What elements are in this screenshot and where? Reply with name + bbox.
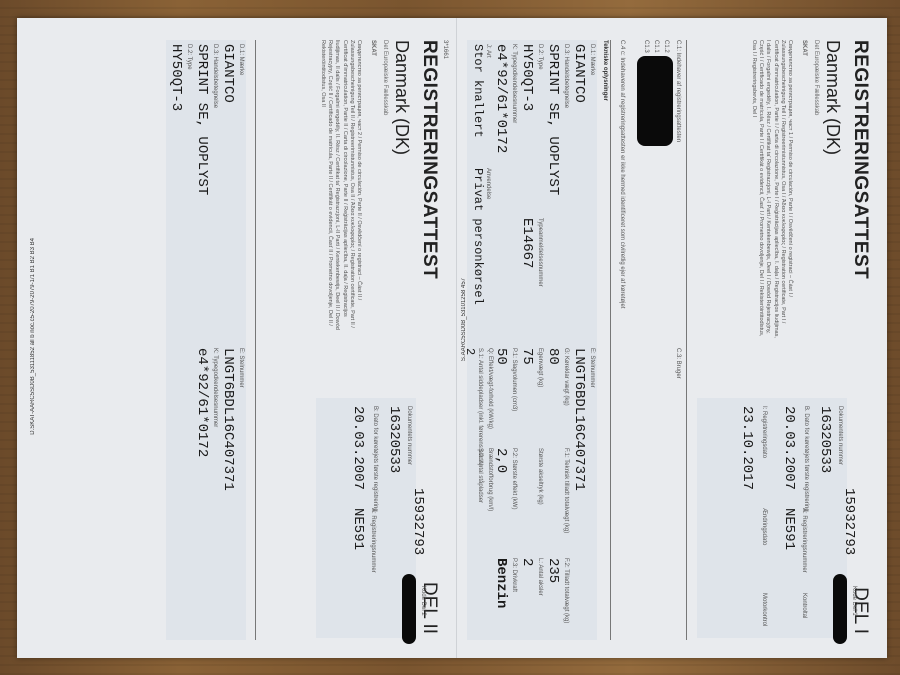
part1-doc-number-label: Dokumentets nummer bbox=[837, 406, 843, 465]
displacement-value: 50 bbox=[493, 348, 509, 365]
part2-doc-number-a: 16320533 bbox=[386, 406, 402, 473]
redacted-code bbox=[402, 574, 416, 644]
part2-authority: SKAT bbox=[370, 40, 376, 56]
part1-authority: SKAT bbox=[801, 40, 807, 56]
part1-doc-number-b: 15932793 bbox=[841, 488, 857, 555]
part2-reg-number-label: A: Registreringsnummer bbox=[370, 508, 376, 573]
part2-make-value: GIANTCO bbox=[220, 44, 236, 103]
kerb-weight-label: G: Køreklar vægt (kg) bbox=[563, 348, 569, 406]
part2-doc-number-b: 15932793 bbox=[410, 488, 426, 555]
type-approval-value: E14667 bbox=[519, 218, 535, 268]
holder-line-1: C1.2 bbox=[663, 40, 669, 53]
type-approval-label: Typeanmeldelsesnummer bbox=[537, 218, 543, 287]
part1-country: Danmark (DK) bbox=[822, 40, 843, 155]
holder-line-3: C1.3 bbox=[643, 40, 649, 53]
kind-value: Stor knallert bbox=[471, 44, 485, 138]
type-value: HY50QT-3 bbox=[519, 44, 535, 111]
part1-reg-date-label: I: Registreringsdato bbox=[761, 406, 767, 458]
fuel-label: P.3: Drivkraft bbox=[511, 558, 517, 592]
own-weight-value: 75 bbox=[519, 348, 535, 365]
part1-legal-text: Свидетелство за регистрация, част 1 / Pe… bbox=[750, 40, 793, 340]
part2-vin-label: E: Stelnummer bbox=[238, 348, 244, 388]
part1-first-reg-label: B. Dato for køretøjets første registreri… bbox=[803, 406, 809, 512]
part1-reg-number-label: A: Registreringsnummer bbox=[801, 508, 807, 573]
axles-value: 2 bbox=[519, 558, 535, 566]
part2-type-num-label: K: Typegodkendelsesnummer bbox=[212, 348, 218, 427]
part2-make-label: D.1: Mærke bbox=[238, 44, 244, 75]
power-ratio-label: Q: Effekt/vægt-forhold (kW/kg) bbox=[487, 348, 493, 429]
own-weight-label: Egenvægt (kg) bbox=[537, 348, 543, 387]
divider bbox=[610, 40, 611, 640]
part1-reg-number: NE591 bbox=[781, 508, 797, 550]
divider bbox=[686, 40, 687, 640]
type-label: D.2: Type bbox=[537, 44, 543, 70]
part1-code-label: Kode Del 1 bbox=[851, 586, 857, 616]
user-label: C.3: Bruger bbox=[675, 348, 681, 379]
holder-line-2: C1.1 bbox=[653, 40, 659, 53]
standing-label: S.2: Antal ståpladser bbox=[477, 448, 483, 503]
vin-label: E: Stelnummer bbox=[589, 348, 595, 388]
type-num-label: K: Typegodkendelsesnummer bbox=[511, 44, 517, 123]
redacted-holder bbox=[637, 56, 673, 146]
power-label: P.2: Største effekt (kW) bbox=[511, 448, 517, 509]
part2-title: REGISTRERINGSATTEST bbox=[418, 40, 440, 279]
make-label: D.1: Mærke bbox=[589, 44, 595, 75]
fuel-value: Benzin bbox=[493, 558, 509, 608]
part2-type-label: D.2: Type bbox=[186, 44, 192, 70]
part1-title: REGISTRERINGSATTEST bbox=[849, 40, 871, 279]
kerb-weight-value: 80 bbox=[545, 348, 561, 365]
certificate-part-2: REGISTRERINGSATTEST DEL II Danmark (DK) … bbox=[16, 18, 457, 658]
displacement-label: P.1: Slagvolumen (cm3) bbox=[511, 348, 517, 411]
part1-doc-number-a: 16320533 bbox=[817, 406, 833, 473]
c4-text: C.4 c: Indehaveren af registreringsattes… bbox=[619, 40, 625, 308]
part1-motor-control-label: Motorkontrol bbox=[761, 593, 767, 626]
trade-value: SPRINT SE, UOPLYST bbox=[545, 44, 561, 195]
tech-weight-label: F.1: Teknisk tilladt totalvægt (kg) bbox=[563, 448, 569, 533]
axles-label: L: Antal aksler bbox=[537, 558, 543, 596]
usage-label: Anvendelse bbox=[485, 168, 491, 199]
total-weight-value: 235 bbox=[545, 558, 561, 583]
part2-legal-text: Свидетелство за регистрация, част 2 / Pe… bbox=[319, 40, 362, 340]
part2-trade-value: SPRINT SE, UOPLYST bbox=[194, 44, 210, 195]
usage-value: Privat personkørsel bbox=[471, 168, 485, 305]
make-value: GIANTCO bbox=[571, 44, 587, 103]
part2-footer: D.SKAT-AARC5SD0B_53111852 all b noc.c5-2… bbox=[30, 238, 36, 435]
vin-value: LNGT6BDL16C407371 bbox=[571, 348, 587, 491]
part2-union: Det Europæiske Fællesskab bbox=[382, 40, 388, 115]
part2-vin-value: LNGT6BDL16C407371 bbox=[220, 348, 236, 491]
total-weight-label: F.2: Tilladt totalvægt (kg) bbox=[563, 558, 569, 623]
holder-label: C.1: Indehaver af registreringsattesten bbox=[675, 40, 681, 142]
part1-control-label: Kontroltal bbox=[801, 593, 807, 618]
redacted-code bbox=[833, 574, 847, 644]
power-value: 2,0 bbox=[493, 448, 509, 473]
consumption-label: Brændstofforbrug (km/l) bbox=[487, 448, 493, 511]
part2-type-value: HY50QT-3 bbox=[168, 44, 184, 111]
tech-data-box bbox=[467, 40, 597, 640]
registration-certificate: REGISTRERINGSATTEST DEL I Danmark (DK) D… bbox=[17, 18, 887, 658]
part2-doc-number-label: Dokumentets nummer bbox=[406, 406, 412, 465]
part1-first-reg-date: 20.03.2007 bbox=[781, 406, 797, 490]
tech-header: Tekniske oplysninger bbox=[602, 40, 608, 101]
divider bbox=[255, 40, 256, 640]
part1-union: Det Europæiske Fællesskab bbox=[813, 40, 819, 115]
axle-load-label: Største akseltryk (kg) bbox=[537, 448, 543, 505]
part2-reg-number: NE591 bbox=[350, 508, 366, 550]
part2-code-label: Kode Del 2 bbox=[420, 586, 426, 616]
part2-first-reg-date: 20.03.2007 bbox=[350, 406, 366, 490]
part2-type-num-value: e4*92/61*0172 bbox=[194, 348, 210, 457]
part2-trade-label: D.3: Handelsbetegnelse bbox=[212, 44, 218, 108]
kind-label: J: Art bbox=[485, 44, 491, 58]
corner-code: 3*1661 bbox=[442, 40, 448, 59]
part1-footer: S.AARC5SD0B_53101258 457 bbox=[461, 278, 467, 361]
part1-reg-date: 23.10.2017 bbox=[739, 406, 755, 490]
part2-country: Danmark (DK) bbox=[391, 40, 412, 155]
trade-label: D.3: Handelsbetegnelse bbox=[563, 44, 569, 108]
type-num-value: e4*92/61*0172 bbox=[493, 44, 509, 153]
part2-first-reg-label: B: Dato for køretøjets første registreri… bbox=[372, 406, 378, 512]
certificate-part-1: REGISTRERINGSATTEST DEL I Danmark (DK) D… bbox=[457, 18, 887, 658]
part1-change-date-label: Ændringsdato bbox=[761, 508, 767, 545]
